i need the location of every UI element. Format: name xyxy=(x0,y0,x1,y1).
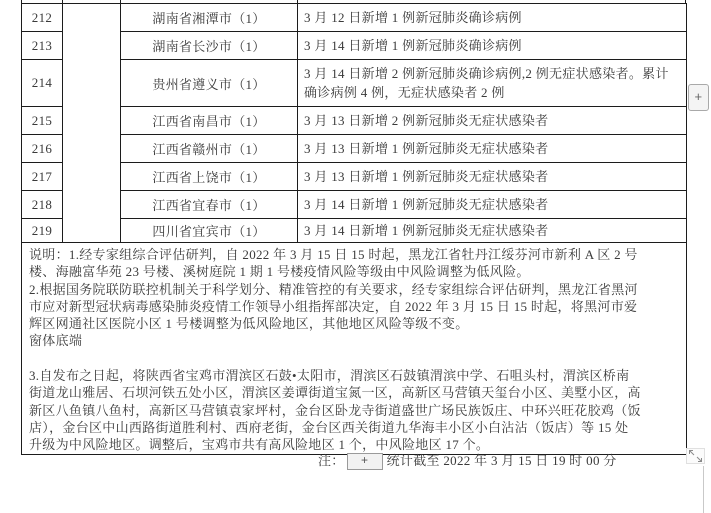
region-cell: 江西省上饶市（1） xyxy=(121,163,298,191)
document-page: 212 湖南省湘潭市（1） 3 月 12 日新增 1 例新冠肺炎确诊病例 213… xyxy=(0,0,711,513)
region-cell: 江西省宜春市（1） xyxy=(121,191,298,219)
diagonal-arrows-icon xyxy=(687,449,704,463)
plus-button[interactable]: + xyxy=(688,84,709,111)
case-desc-cell: 3 月 13 日新增 1 例新冠肺炎无症状感染者 xyxy=(298,135,687,163)
risk-region-table: 212 湖南省湘潭市（1） 3 月 12 日新增 1 例新冠肺炎确诊病例 213… xyxy=(21,3,687,455)
case-desc-cell: 3 月 14 日新增 1 例新冠肺炎确诊病例 xyxy=(298,32,687,60)
category-cell xyxy=(63,4,121,243)
row-number: 219 xyxy=(22,219,63,243)
table-row: 212 湖南省湘潭市（1） 3 月 12 日新增 1 例新冠肺炎确诊病例 xyxy=(22,4,687,32)
row-number: 213 xyxy=(22,32,63,60)
table-row: 219 四川省宜宾市（1） 3 月 14 日新增 1 例新冠肺炎无症状感染者 xyxy=(22,219,687,243)
table-row: 218 江西省宜春市（1） 3 月 14 日新增 1 例新冠肺炎无症状感染者 xyxy=(22,191,687,219)
scroll-rule xyxy=(703,466,704,513)
row-number: 215 xyxy=(22,107,63,135)
row-number: 212 xyxy=(22,4,63,32)
expander-button[interactable]: + xyxy=(347,453,383,470)
footer-timestamp: 统计截至 2022 年 3 月 15 日 19 时 00 分 xyxy=(387,452,617,470)
row-number: 218 xyxy=(22,191,63,219)
case-desc-cell: 3 月 14 日新增 1 例新冠肺炎无症状感染者 xyxy=(298,191,687,219)
footer-note: 注：+统计截至 2022 年 3 月 15 日 19 时 00 分 xyxy=(318,452,617,470)
explanation-note: 说明：1.经专家组综合评估研判，自 2022 年 3 月 15 日 15 时起，… xyxy=(22,243,687,455)
table-row: 217 江西省上饶市（1） 3 月 13 日新增 1 例新冠肺炎无症状感染者 xyxy=(22,163,687,191)
region-cell: 贵州省遵义市（1） xyxy=(121,60,298,107)
region-cell: 湖南省长沙市（1） xyxy=(121,32,298,60)
case-desc-cell: 3 月 13 日新增 2 例新冠肺炎无症状感染者 xyxy=(298,107,687,135)
row-number: 216 xyxy=(22,135,63,163)
note-row: 说明：1.经专家组综合评估研判，自 2022 年 3 月 15 日 15 时起，… xyxy=(22,243,687,455)
case-desc-cell: 3 月 13 日新增 1 例新冠肺炎无症状感染者 xyxy=(298,163,687,191)
region-cell: 江西省南昌市（1） xyxy=(121,107,298,135)
table-row: 213 湖南省长沙市（1） 3 月 14 日新增 1 例新冠肺炎确诊病例 xyxy=(22,32,687,60)
region-cell: 湖南省湘潭市（1） xyxy=(121,4,298,32)
table-row: 216 江西省赣州市（1） 3 月 13 日新增 1 例新冠肺炎无症状感染者 xyxy=(22,135,687,163)
resize-handle-icon[interactable] xyxy=(686,448,705,464)
case-desc-cell: 3 月 14 日新增 2 例新冠肺炎确诊病例,2 例无症状感染者。累计确诊病例 … xyxy=(298,60,687,107)
region-cell: 四川省宜宾市（1） xyxy=(121,219,298,243)
case-desc-cell: 3 月 12 日新增 1 例新冠肺炎确诊病例 xyxy=(298,4,687,32)
table-row: 214 贵州省遵义市（1） 3 月 14 日新增 2 例新冠肺炎确诊病例,2 例… xyxy=(22,60,687,107)
case-desc-cell: 3 月 14 日新增 1 例新冠肺炎无症状感染者 xyxy=(298,219,687,243)
table-row: 215 江西省南昌市（1） 3 月 13 日新增 2 例新冠肺炎无症状感染者 xyxy=(22,107,687,135)
region-cell: 江西省赣州市（1） xyxy=(121,135,298,163)
row-number: 214 xyxy=(22,60,63,107)
footer-prefix: 注： xyxy=(318,452,345,470)
row-number: 217 xyxy=(22,163,63,191)
